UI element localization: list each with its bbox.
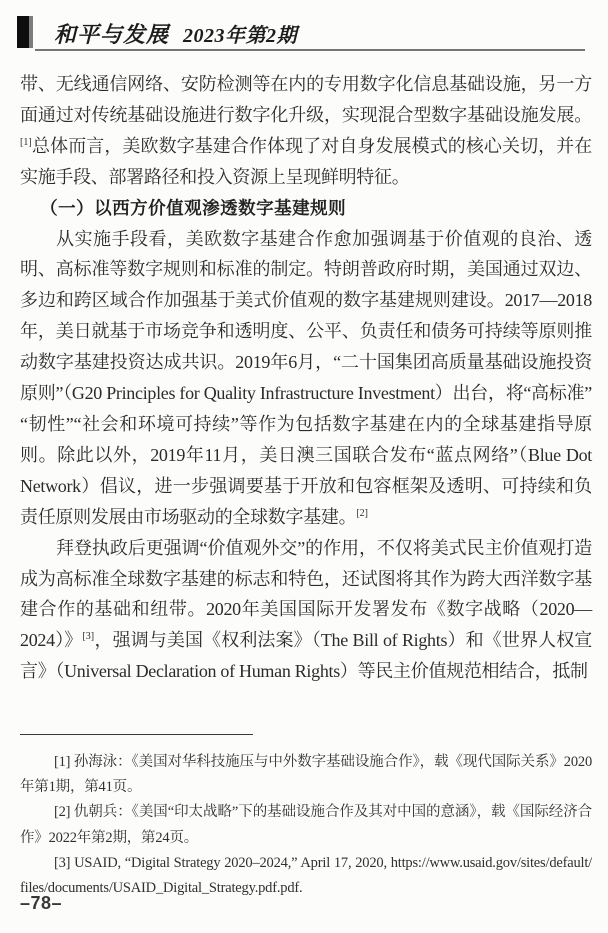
footnote: [3] USAID, “Digital Strategy 2020–2024,”… bbox=[20, 851, 592, 901]
footnote: [1] 孙海泳：《美国对华科技施压与中外数字基础设施合作》，载《现代国际关系》2… bbox=[20, 750, 592, 800]
text-run: 总体而言，美欧数字基建合作体现了对自身发展模式的核心关切，并在实施手段、部署路径… bbox=[20, 136, 592, 187]
text-run: 从实施手段看，美欧数字基建合作愈加强调基于价值观的良治、透明、高标准等数字规则和… bbox=[20, 229, 592, 527]
section-heading: （一）以西方价值观渗透数字基建规则 bbox=[20, 193, 592, 224]
text-run: 带、无线通信网络、安防检测等在内的专用数字化信息基础设施，另一方面通过对传统基础… bbox=[20, 74, 592, 125]
text-run: （一）以西方价值观渗透数字基建规则 bbox=[40, 198, 346, 218]
footnote-separator bbox=[20, 734, 253, 735]
accent-bar-gray bbox=[29, 16, 33, 48]
accent-bar-black bbox=[17, 16, 29, 48]
footnote-ref: [1] bbox=[20, 137, 32, 148]
issue-label: 2023年第2期 bbox=[183, 19, 297, 48]
footnote: [2] 仇朝兵：《美国“印太战略”下的基础设施合作及其对中国的意涵》，载《国际经… bbox=[20, 800, 592, 850]
footnote-ref: [3] bbox=[82, 631, 94, 642]
header-rule bbox=[35, 49, 585, 51]
body-paragraph: 带、无线通信网络、安防检测等在内的专用数字化信息基础设施，另一方面通过对传统基础… bbox=[20, 69, 592, 193]
journal-page: 和平与发展 2023年第2期 带、无线通信网络、安防检测等在内的专用数字化信息基… bbox=[0, 0, 608, 933]
page-number: –78– bbox=[20, 893, 62, 914]
text-run: ，强调与美国《权利法案》（The Bill of Rights）和《世界人权宣言… bbox=[20, 630, 592, 681]
header-accent-bar bbox=[17, 16, 34, 48]
journal-title: 和平与发展 bbox=[54, 18, 169, 49]
article-body: 带、无线通信网络、安防检测等在内的专用数字化信息基础设施，另一方面通过对传统基础… bbox=[20, 69, 592, 687]
journal-header: 和平与发展 2023年第2期 bbox=[54, 18, 297, 49]
footnote-ref: [2] bbox=[356, 508, 368, 519]
body-paragraph: 拜登执政后更强调“价值观外交”的作用，不仅将美式民主价值观打造成为高标准全球数字… bbox=[20, 533, 592, 688]
body-paragraph: 从实施手段看，美欧数字基建合作愈加强调基于价值观的良治、透明、高标准等数字规则和… bbox=[20, 224, 592, 533]
footnotes: [1] 孙海泳：《美国对华科技施压与中外数字基础设施合作》，载《现代国际关系》2… bbox=[20, 750, 592, 901]
